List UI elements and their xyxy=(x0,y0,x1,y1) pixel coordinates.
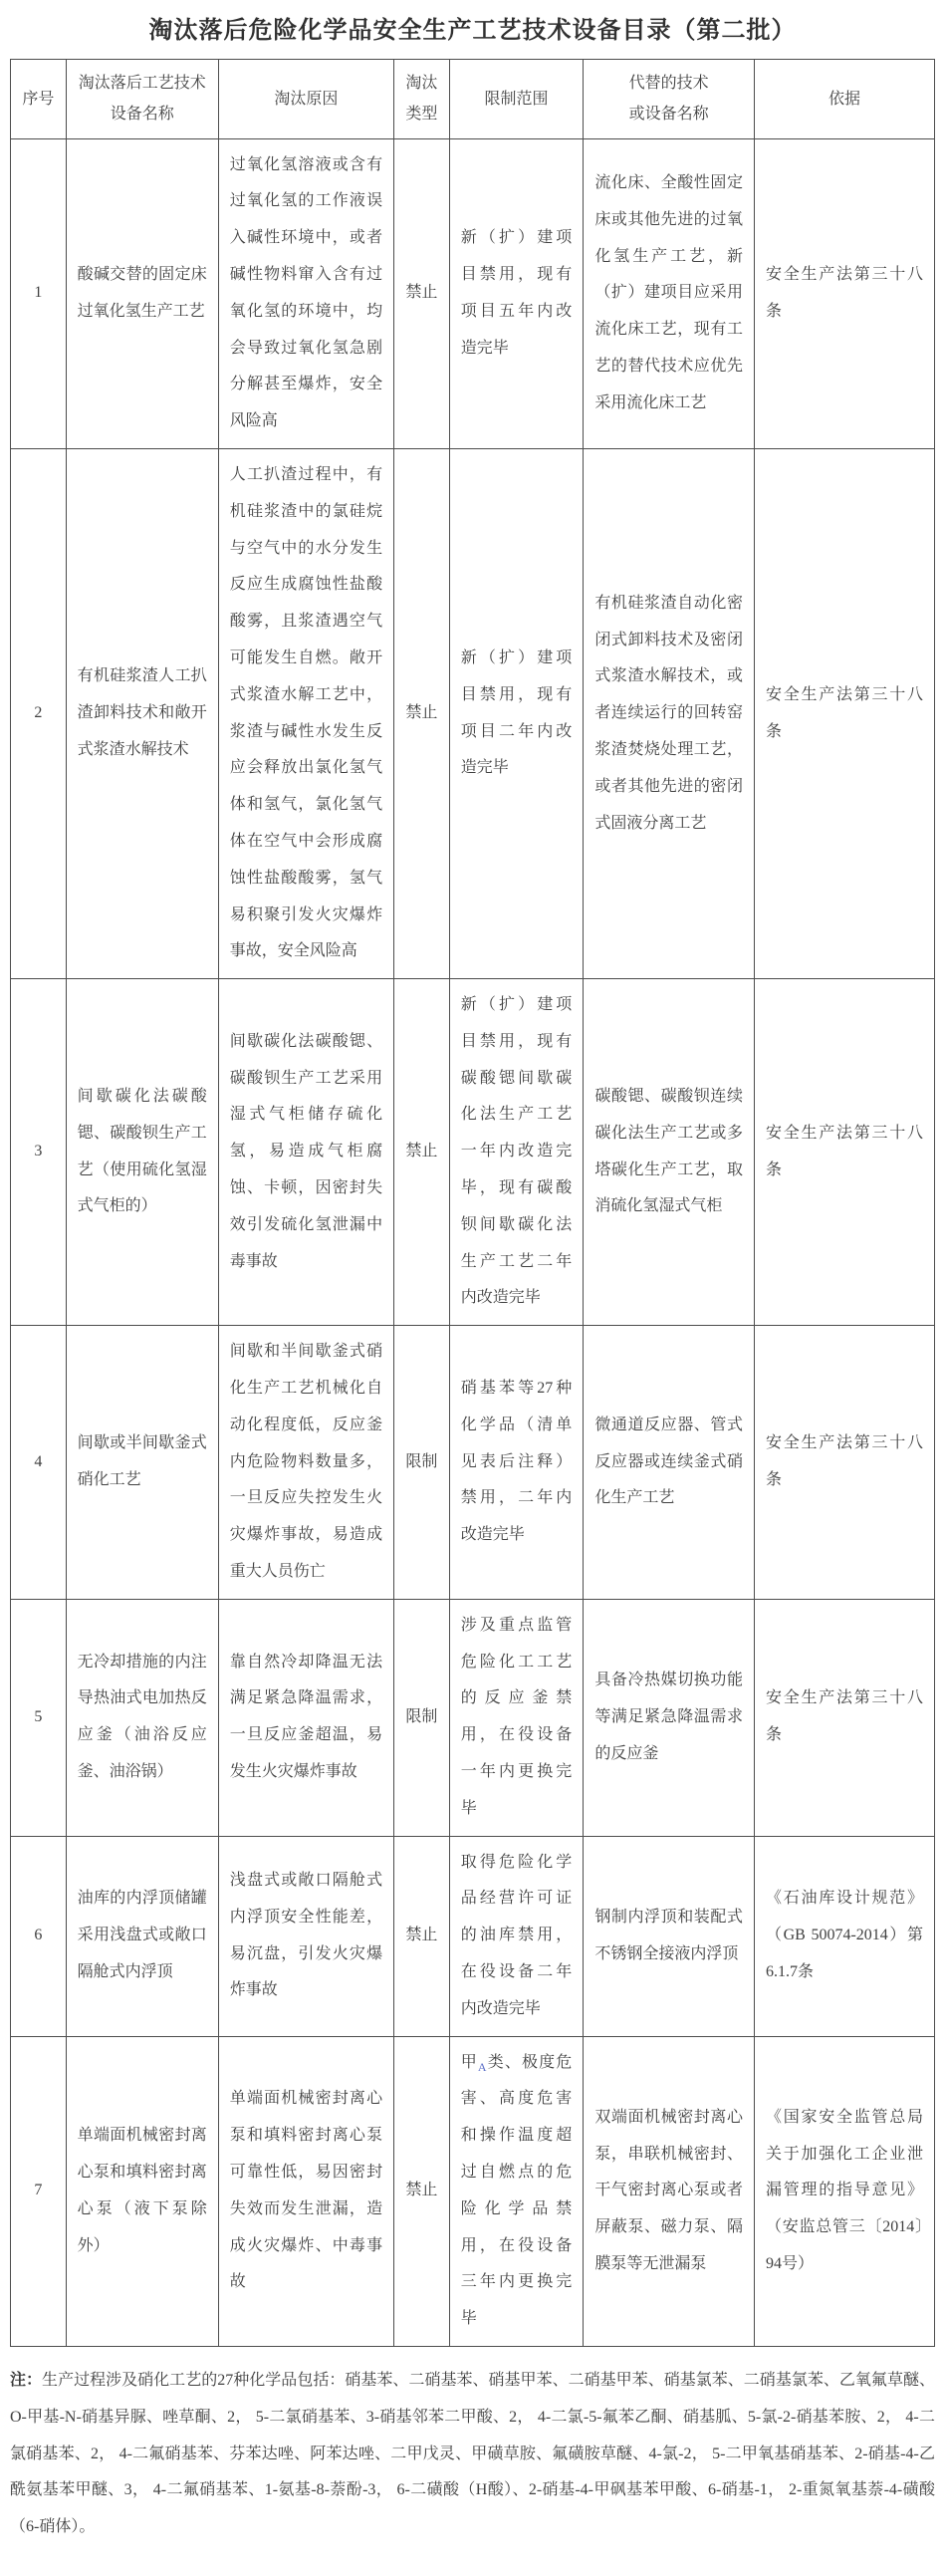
scope-text: 甲 xyxy=(461,2054,478,2071)
cell-type: 限制 xyxy=(394,1326,450,1600)
cell-replacement: 微通道反应器、管式反应器或连续釜式硝化生产工艺 xyxy=(584,1326,755,1600)
cell-reason: 间歇碳化法碳酸锶、碳酸钡生产工艺采用湿式气柜储存硫化氢，易造成气柜腐蚀、卡顿，因… xyxy=(218,979,393,1326)
cell-equipment-name: 有机硅浆渣人工扒渣卸料技术和敞开式浆渣水解技术 xyxy=(66,448,218,978)
table-row: 6油库的内浮顶储罐采用浅盘式或敞口隔舱式内浮顶浅盘式或敞口隔舱式内浮顶安全性能差… xyxy=(11,1836,935,2036)
cell-scope: 新（扩）建项目禁用，现有碳酸锶间歇碳化法生产工艺一年内改造完毕，现有碳酸钡间歇碳… xyxy=(449,979,584,1326)
catalog-table: 序号 淘汰落后工艺技术 设备名称 淘汰原因 淘汰 类型 限制范围 代替的技术 或… xyxy=(10,59,935,2347)
header-serial: 序号 xyxy=(11,60,67,138)
cell-replacement: 钢制内浮顶和装配式不锈钢全接液内浮顶 xyxy=(584,1836,755,2036)
header-basis: 依据 xyxy=(754,60,934,138)
cell-serial: 7 xyxy=(11,2036,67,2346)
cell-type: 禁止 xyxy=(394,448,450,978)
cell-serial: 2 xyxy=(11,448,67,978)
cell-scope: 新（扩）建项目禁用，现有项目二年内改造完毕 xyxy=(449,448,584,978)
cell-type: 禁止 xyxy=(394,138,450,448)
cell-equipment-name: 间歇或半间歇釜式硝化工艺 xyxy=(66,1326,218,1600)
catalog-table-header: 序号 淘汰落后工艺技术 设备名称 淘汰原因 淘汰 类型 限制范围 代替的技术 或… xyxy=(11,60,935,138)
cell-replacement: 具备冷热媒切换功能等满足紧急降温需求的反应釜 xyxy=(584,1599,755,1836)
cell-scope: 硝基苯等27种化学品（清单见表后注释）禁用，二年内改造完毕 xyxy=(449,1326,584,1600)
cell-type: 禁止 xyxy=(394,2036,450,2346)
footnote-label: 注： xyxy=(10,2372,42,2389)
cell-scope: 涉及重点监管危险化工工艺的反应釜禁用，在役设备一年内更换完毕 xyxy=(449,1599,584,1836)
cell-type: 禁止 xyxy=(394,1836,450,2036)
table-row: 3间歇碳化法碳酸锶、碳酸钡生产工艺（使用硫化氢湿式气柜的）间歇碳化法碳酸锶、碳酸… xyxy=(11,979,935,1326)
table-row: 5无冷却措施的内注导热油式电加热反应釜（油浴反应釜、油浴锅）靠自然冷却降温无法满… xyxy=(11,1599,935,1836)
document-title: 淘汰落后危险化学品安全生产工艺技术设备目录（第二批） xyxy=(10,16,935,47)
cell-basis: 《石油库设计规范》（GB 50074-2014）第6.1.7条 xyxy=(754,1836,934,2036)
cell-reason: 单端面机械密封离心泵和填料密封离心泵可靠性低，易因密封失效而发生泄漏，造成火灾爆… xyxy=(218,2036,393,2346)
table-row: 1酸碱交替的固定床过氧化氢生产工艺过氧化氢溶液或含有过氧化氢的工作液误入碱性环境… xyxy=(11,138,935,448)
catalog-table-body: 1酸碱交替的固定床过氧化氢生产工艺过氧化氢溶液或含有过氧化氢的工作液误入碱性环境… xyxy=(11,138,935,2346)
header-reason: 淘汰原因 xyxy=(218,60,393,138)
footnote-text: 生产过程涉及硝化工艺的27种化学品包括：硝基苯、二硝基苯、硝基甲苯、二硝基甲苯、… xyxy=(10,2372,935,2535)
table-row: 7单端面机械密封离心泵和填料密封离心泵（液下泵除外）单端面机械密封离心泵和填料密… xyxy=(11,2036,935,2346)
cell-serial: 5 xyxy=(11,1599,67,1836)
cell-replacement: 双端面机械密封离心泵，串联机械密封、干气密封离心泵或者屏蔽泵、磁力泵、隔膜泵等无… xyxy=(584,2036,755,2346)
scope-text: 类、极度危害、高度危害和操作温度超过自燃点的危险化学品禁用，在役设备三年内更换完… xyxy=(461,2054,573,2328)
cell-basis: 安全生产法第三十八条 xyxy=(754,1599,934,1836)
cell-serial: 1 xyxy=(11,138,67,448)
header-equipment-name: 淘汰落后工艺技术 设备名称 xyxy=(66,60,218,138)
cell-type: 限制 xyxy=(394,1599,450,1836)
cell-scope: 新（扩）建项目禁用，现有项目五年内改造完毕 xyxy=(449,138,584,448)
cell-equipment-name: 单端面机械密封离心泵和填料密封离心泵（液下泵除外） xyxy=(66,2036,218,2346)
cell-basis: 安全生产法第三十八条 xyxy=(754,1326,934,1600)
cell-scope: 甲A类、极度危害、高度危害和操作温度超过自燃点的危险化学品禁用，在役设备三年内更… xyxy=(449,2036,584,2346)
cell-reason: 浅盘式或敞口隔舱式内浮顶安全性能差，易沉盘，引发火灾爆炸事故 xyxy=(218,1836,393,2036)
header-type: 淘汰 类型 xyxy=(394,60,450,138)
table-row: 4间歇或半间歇釜式硝化工艺间歇和半间歇釜式硝化生产工艺机械化自动化程度低，反应釜… xyxy=(11,1326,935,1600)
cell-replacement: 有机硅浆渣自动化密闭式卸料技术及密闭式浆渣水解技术，或者连续运行的回转窑浆渣焚烧… xyxy=(584,448,755,978)
cell-reason: 间歇和半间歇釜式硝化生产工艺机械化自动化程度低，反应釜内危险物料数量多，一旦反应… xyxy=(218,1326,393,1600)
table-row: 2有机硅浆渣人工扒渣卸料技术和敞开式浆渣水解技术人工扒渣过程中，有机硅浆渣中的氯… xyxy=(11,448,935,978)
cell-type: 禁止 xyxy=(394,979,450,1326)
cell-replacement: 流化床、全酸性固定床或其他先进的过氧化氢生产工艺，新（扩）建项目应采用流化床工艺… xyxy=(584,138,755,448)
cell-basis: 《国家安全监管总局关于加强化工企业泄漏管理的指导意见》（安监总管三〔2014〕9… xyxy=(754,2036,934,2346)
subscript-formula-text: A xyxy=(478,2060,487,2074)
cell-basis: 安全生产法第三十八条 xyxy=(754,979,934,1326)
header-row: 序号 淘汰落后工艺技术 设备名称 淘汰原因 淘汰 类型 限制范围 代替的技术 或… xyxy=(11,60,935,138)
cell-equipment-name: 无冷却措施的内注导热油式电加热反应釜（油浴反应釜、油浴锅） xyxy=(66,1599,218,1836)
cell-equipment-name: 酸碱交替的固定床过氧化氢生产工艺 xyxy=(66,138,218,448)
cell-equipment-name: 油库的内浮顶储罐采用浅盘式或敞口隔舱式内浮顶 xyxy=(66,1836,218,2036)
cell-serial: 3 xyxy=(11,979,67,1326)
cell-reason: 人工扒渣过程中，有机硅浆渣中的氯硅烷与空气中的水分发生反应生成腐蚀性盐酸酸雾，且… xyxy=(218,448,393,978)
cell-replacement: 碳酸锶、碳酸钡连续碳化法生产工艺或多塔碳化生产工艺，取消硫化氢湿式气柜 xyxy=(584,979,755,1326)
cell-basis: 安全生产法第三十八条 xyxy=(754,138,934,448)
cell-serial: 4 xyxy=(11,1326,67,1600)
footnote: 注：生产过程涉及硝化工艺的27种化学品包括：硝基苯、二硝基苯、硝基甲苯、二硝基甲… xyxy=(10,2363,935,2546)
cell-scope: 取得危险化学品经营许可证的油库禁用，在役设备二年内改造完毕 xyxy=(449,1836,584,2036)
cell-reason: 过氧化氢溶液或含有过氧化氢的工作液误入碱性环境中，或者碱性物料窜入含有过氧化氢的… xyxy=(218,138,393,448)
cell-reason: 靠自然冷却降温无法满足紧急降温需求，一旦反应釜超温，易发生火灾爆炸事故 xyxy=(218,1599,393,1836)
cell-basis: 安全生产法第三十八条 xyxy=(754,448,934,978)
header-scope: 限制范围 xyxy=(449,60,584,138)
cell-equipment-name: 间歇碳化法碳酸锶、碳酸钡生产工艺（使用硫化氢湿式气柜的） xyxy=(66,979,218,1326)
cell-serial: 6 xyxy=(11,1836,67,2036)
document-page: 淘汰落后危险化学品安全生产工艺技术设备目录（第二批） 序号 淘汰落后工艺技术 设… xyxy=(0,0,945,2576)
header-replacement: 代替的技术 或设备名称 xyxy=(584,60,755,138)
